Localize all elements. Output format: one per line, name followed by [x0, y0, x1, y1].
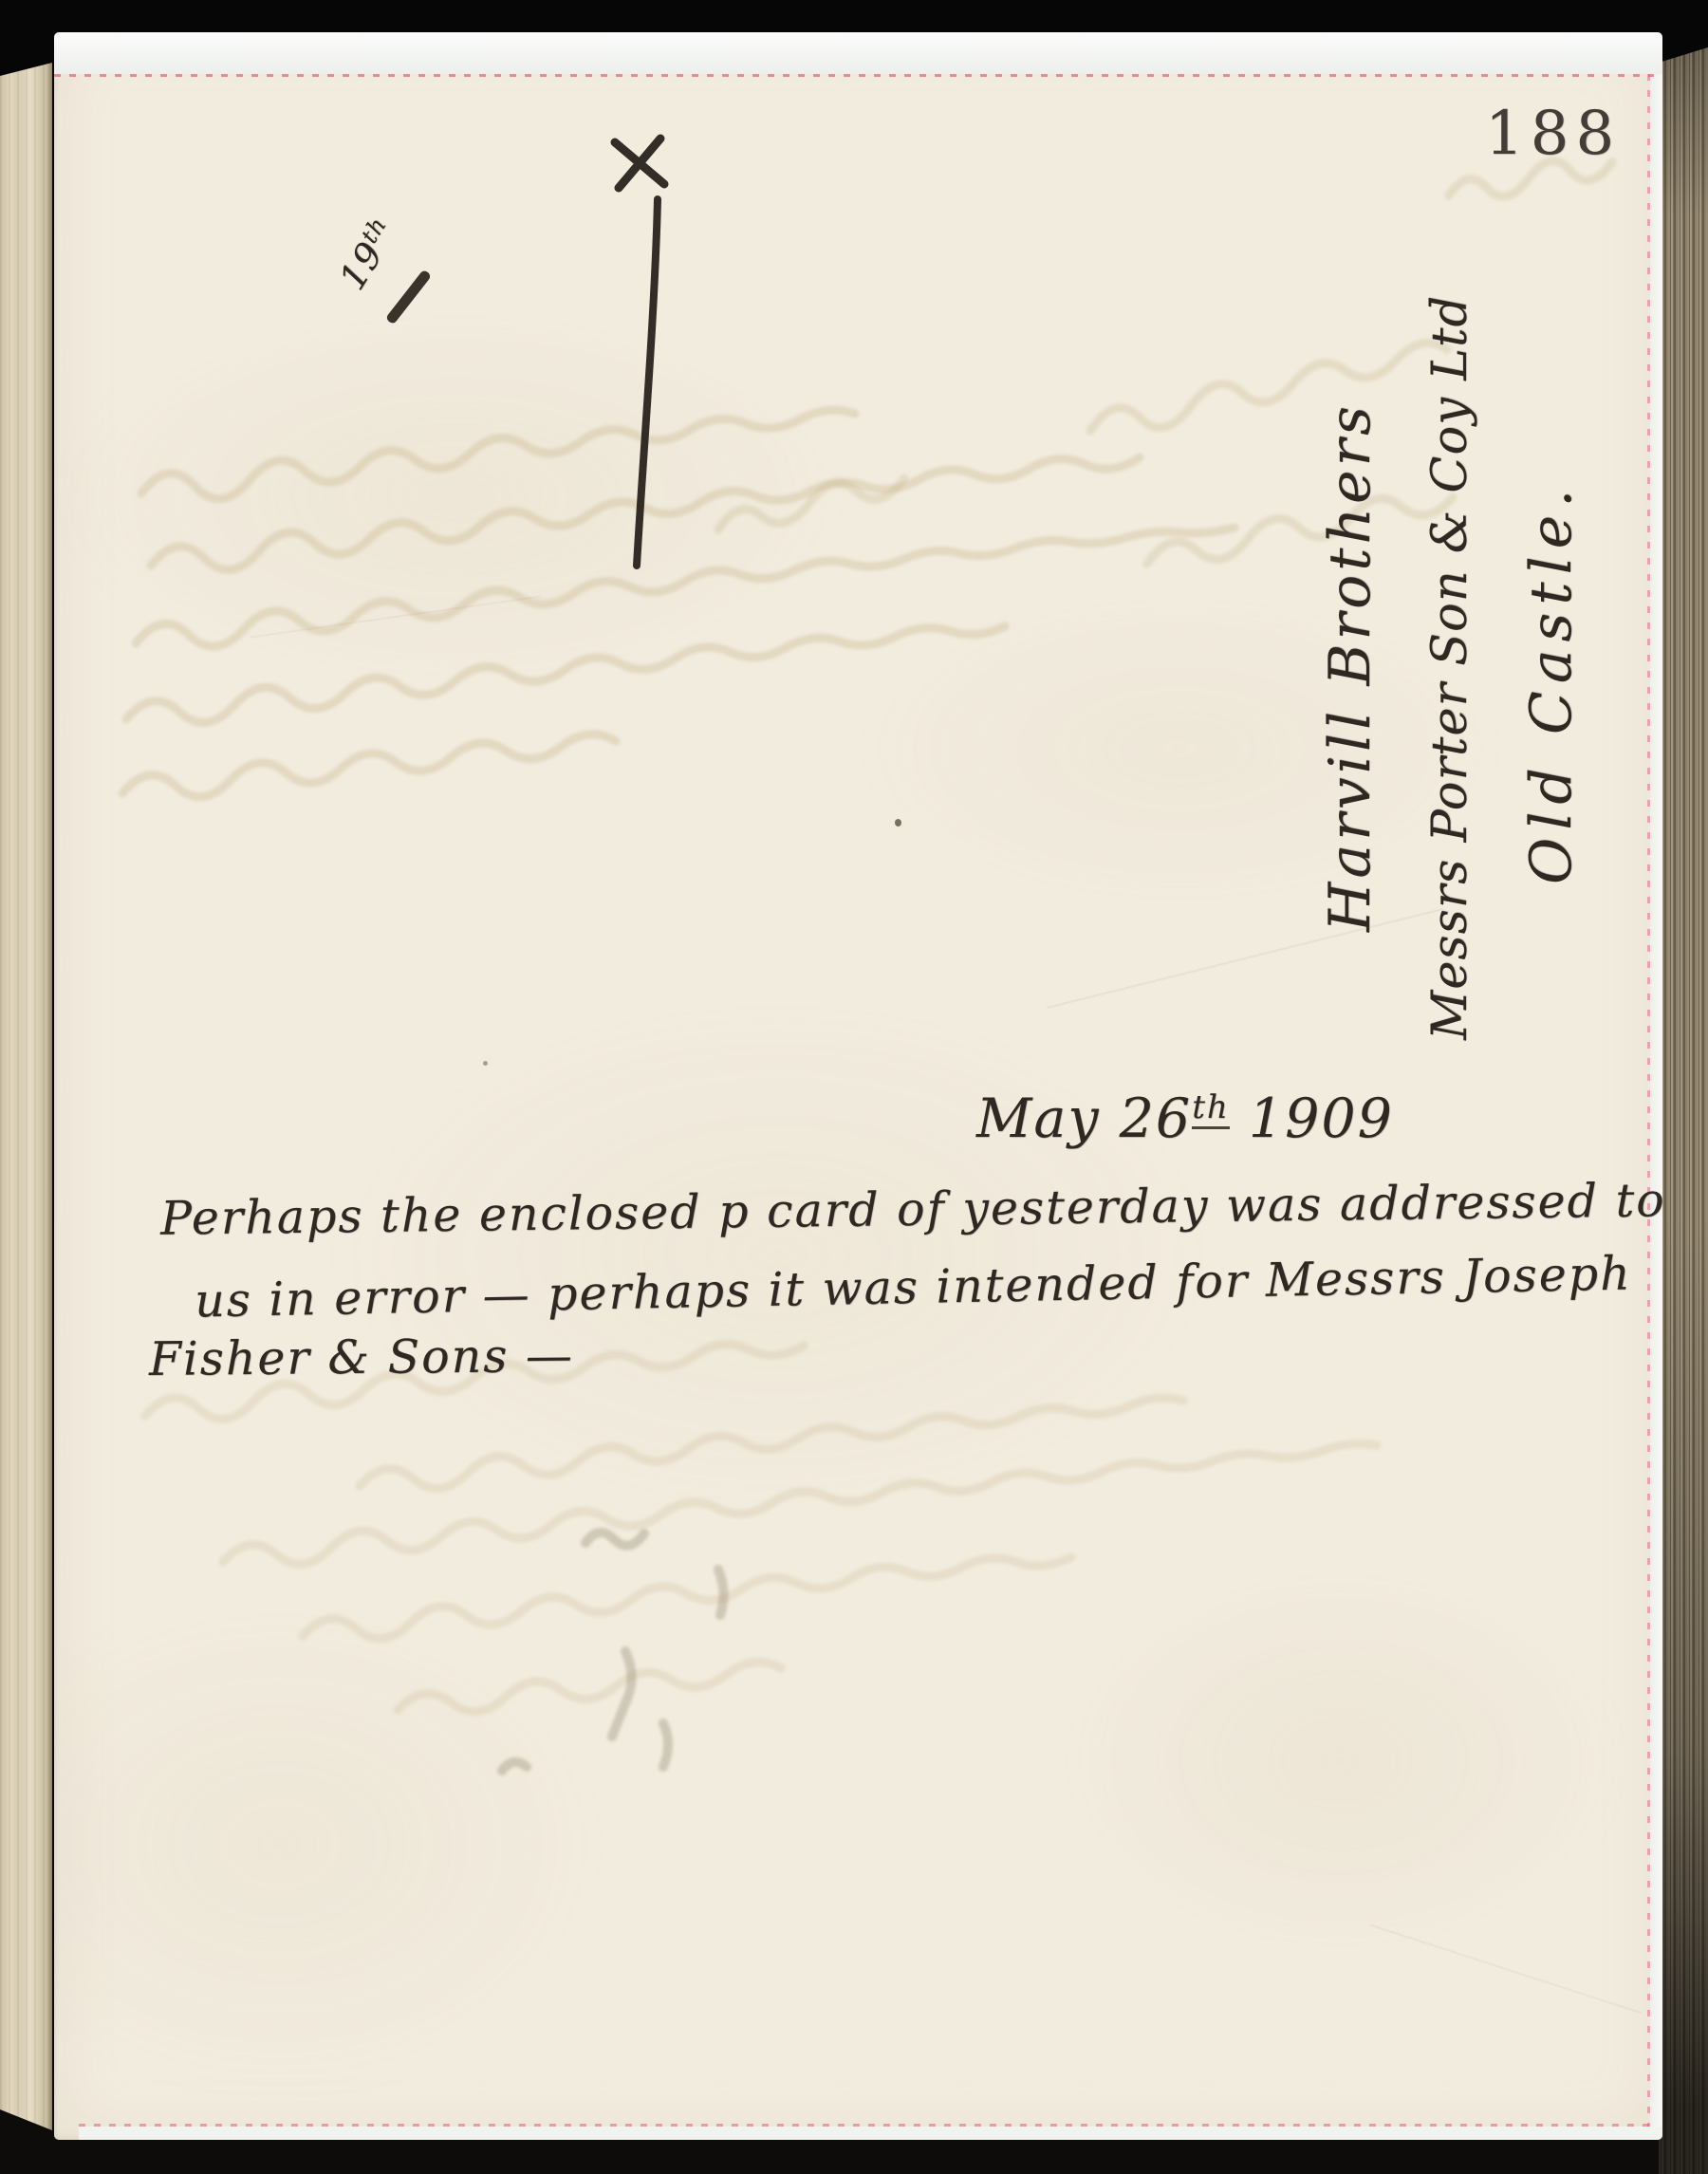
book-fore-edge	[1659, 47, 1708, 2174]
red-margin-line-bottom	[79, 2124, 1654, 2127]
margin-note-line-3: Old Castle.	[1501, 180, 1602, 1044]
entry-date-year: 1909	[1249, 1087, 1394, 1150]
entry-date: May 26th 1909	[976, 1087, 1394, 1150]
ink-speck	[483, 1061, 488, 1066]
page-number: 188	[1485, 99, 1621, 169]
paper-crease	[250, 595, 541, 638]
adjacent-page-edge	[0, 63, 52, 2138]
corner-slash-mark	[385, 269, 432, 325]
margin-note-line-1: Harvill Brothers	[1300, 180, 1401, 1044]
page-right-edge	[1650, 74, 1662, 2127]
entry-body-line-3: Fisher & Sons —	[149, 1329, 574, 1386]
red-margin-line-top	[54, 74, 1654, 77]
red-margin-line-right	[1647, 74, 1650, 2127]
corner-date-mark: 19th	[330, 213, 405, 297]
page-top-edge	[54, 32, 1662, 74]
letterbook-page: 188 19th Harvill Brothers Messrs Porter …	[54, 32, 1662, 2140]
recipient-margin-note: Harvill Brothers Messrs Porter Son & Coy…	[1300, 180, 1602, 1044]
entry-body-line-2: us in error — perhaps it was intended fo…	[195, 1246, 1633, 1328]
paper-crease	[1370, 1924, 1642, 2015]
entry-body-line-1: Perhaps the enclosed p card of yesterday…	[160, 1173, 1662, 1245]
corner-mark-number: 19	[331, 234, 392, 297]
ink-speck	[895, 819, 901, 827]
entry-date-day: May 26	[976, 1087, 1192, 1150]
letterbook-scan: 188 19th Harvill Brothers Messrs Porter …	[0, 0, 1708, 2174]
page-bottom-edge	[79, 2127, 1662, 2140]
entry-date-suffix: th	[1192, 1088, 1230, 1129]
